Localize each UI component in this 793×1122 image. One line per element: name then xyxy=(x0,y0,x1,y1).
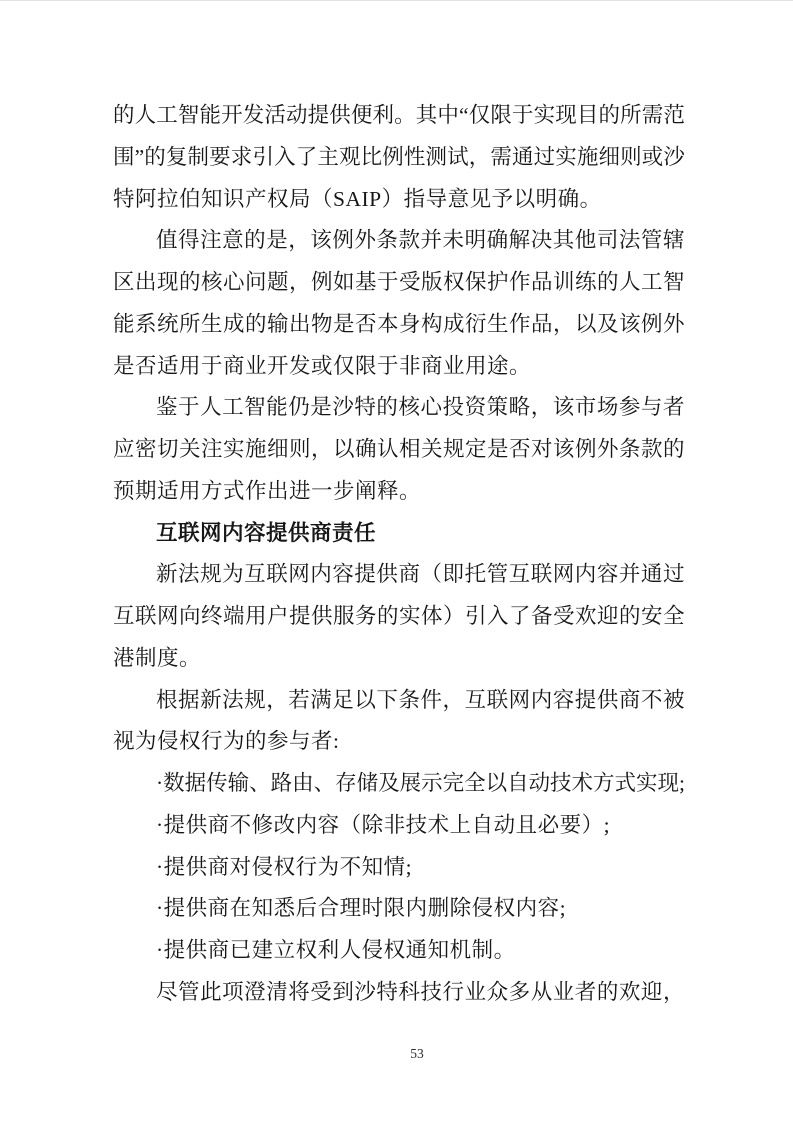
paragraph-line: 特阿拉伯知识产权局（SAIP）指导意见予以明确。 xyxy=(113,179,685,221)
page-number: 53 xyxy=(410,1044,424,1064)
paragraph-line: 能系统所生成的输出物是否本身构成衍生作品，以及该例外 xyxy=(113,304,685,346)
paragraph-line: 尽管此项澄清将受到沙特科技行业众多从业者的欢迎， xyxy=(113,972,685,1014)
line-text: ·提供商在知悉后合理时限内删除侵权内容; xyxy=(156,896,566,920)
line-text: 新法规为互联网内容提供商（即托管互联网内容并通过 xyxy=(156,562,685,586)
paragraph-line: 围”的复制要求引入了主观比例性测试，需通过实施细则或沙 xyxy=(113,137,685,179)
line-text: ·提供商已建立权利人侵权通知机制。 xyxy=(156,938,516,962)
line-text: 应密切关注实施细则，以确认相关规定是否对该例外条款的 xyxy=(113,437,685,461)
line-text: 特阿拉伯知识产权局（SAIP）指导意见予以明确。 xyxy=(113,187,602,211)
paragraph-line: 是否适用于商业开发或仅限于非商业用途。 xyxy=(113,346,685,388)
bullet-line: ·提供商对侵权行为不知情; xyxy=(113,847,685,889)
line-text: 的人工智能开发活动提供便利。其中“仅限于实现目的所需范 xyxy=(113,103,685,127)
bullet-line: ·提供商已建立权利人侵权通知机制。 xyxy=(113,930,685,972)
line-text: 港制度。 xyxy=(113,646,201,670)
paragraph-line: 预期适用方式作出进一步阐释。 xyxy=(113,471,685,513)
text-area: 的人工智能开发活动提供便利。其中“仅限于实现目的所需范围”的复制要求引入了主观比… xyxy=(113,95,685,1014)
paragraph-line: 新法规为互联网内容提供商（即托管互联网内容并通过 xyxy=(113,554,685,596)
paragraph-line: 港制度。 xyxy=(113,638,685,680)
paragraph-line: 值得注意的是，该例外条款并未明确解决其他司法管辖 xyxy=(113,220,685,262)
line-text: ·提供商不修改内容（除非技术上自动且必要）; xyxy=(156,813,610,837)
line-text: 鉴于人工智能仍是沙特的核心投资策略，该市场参与者 xyxy=(156,395,685,419)
line-text: ·提供商对侵权行为不知情; xyxy=(156,855,412,879)
line-text: 能系统所生成的输出物是否本身构成衍生作品，以及该例外 xyxy=(113,312,685,336)
line-text: 围”的复制要求引入了主观比例性测试，需通过实施细则或沙 xyxy=(113,145,685,169)
line-text: 视为侵权行为的参与者: xyxy=(113,729,339,753)
paragraph-line: 根据新法规，若满足以下条件，互联网内容提供商不被 xyxy=(113,680,685,722)
page-top-edge xyxy=(0,0,793,1)
paragraph-line: 区出现的核心问题，例如基于受版权保护作品训练的人工智 xyxy=(113,262,685,304)
bullet-line: ·提供商不修改内容（除非技术上自动且必要）; xyxy=(113,805,685,847)
paragraph-line: 互联网向终端用户提供服务的实体）引入了备受欢迎的安全 xyxy=(113,596,685,638)
line-text: 是否适用于商业开发或仅限于非商业用途。 xyxy=(113,354,531,378)
bullet-line: ·数据传输、路由、存储及展示完全以自动技术方式实现; xyxy=(113,763,685,805)
line-text: 尽管此项澄清将受到沙特科技行业众多从业者的欢迎， xyxy=(156,980,685,1004)
line-text: 互联网内容提供商责任 xyxy=(156,521,376,545)
paragraph-line: 应密切关注实施细则，以确认相关规定是否对该例外条款的 xyxy=(113,429,685,471)
line-text: ·数据传输、路由、存储及展示完全以自动技术方式实现; xyxy=(156,771,685,795)
paragraph-line: 视为侵权行为的参与者: xyxy=(113,721,685,763)
line-text: 互联网向终端用户提供服务的实体）引入了备受欢迎的安全 xyxy=(113,604,685,628)
paragraph-line: 的人工智能开发活动提供便利。其中“仅限于实现目的所需范 xyxy=(113,95,685,137)
line-text: 根据新法规，若满足以下条件，互联网内容提供商不被 xyxy=(156,688,685,712)
paragraph-line: 鉴于人工智能仍是沙特的核心投资策略，该市场参与者 xyxy=(113,387,685,429)
line-text: 预期适用方式作出进一步阐释。 xyxy=(113,479,421,503)
line-text: 区出现的核心问题，例如基于受版权保护作品训练的人工智 xyxy=(113,270,685,294)
section-heading: 互联网内容提供商责任 xyxy=(113,513,685,555)
line-text: 值得注意的是，该例外条款并未明确解决其他司法管辖 xyxy=(156,228,685,252)
bullet-line: ·提供商在知悉后合理时限内删除侵权内容; xyxy=(113,888,685,930)
